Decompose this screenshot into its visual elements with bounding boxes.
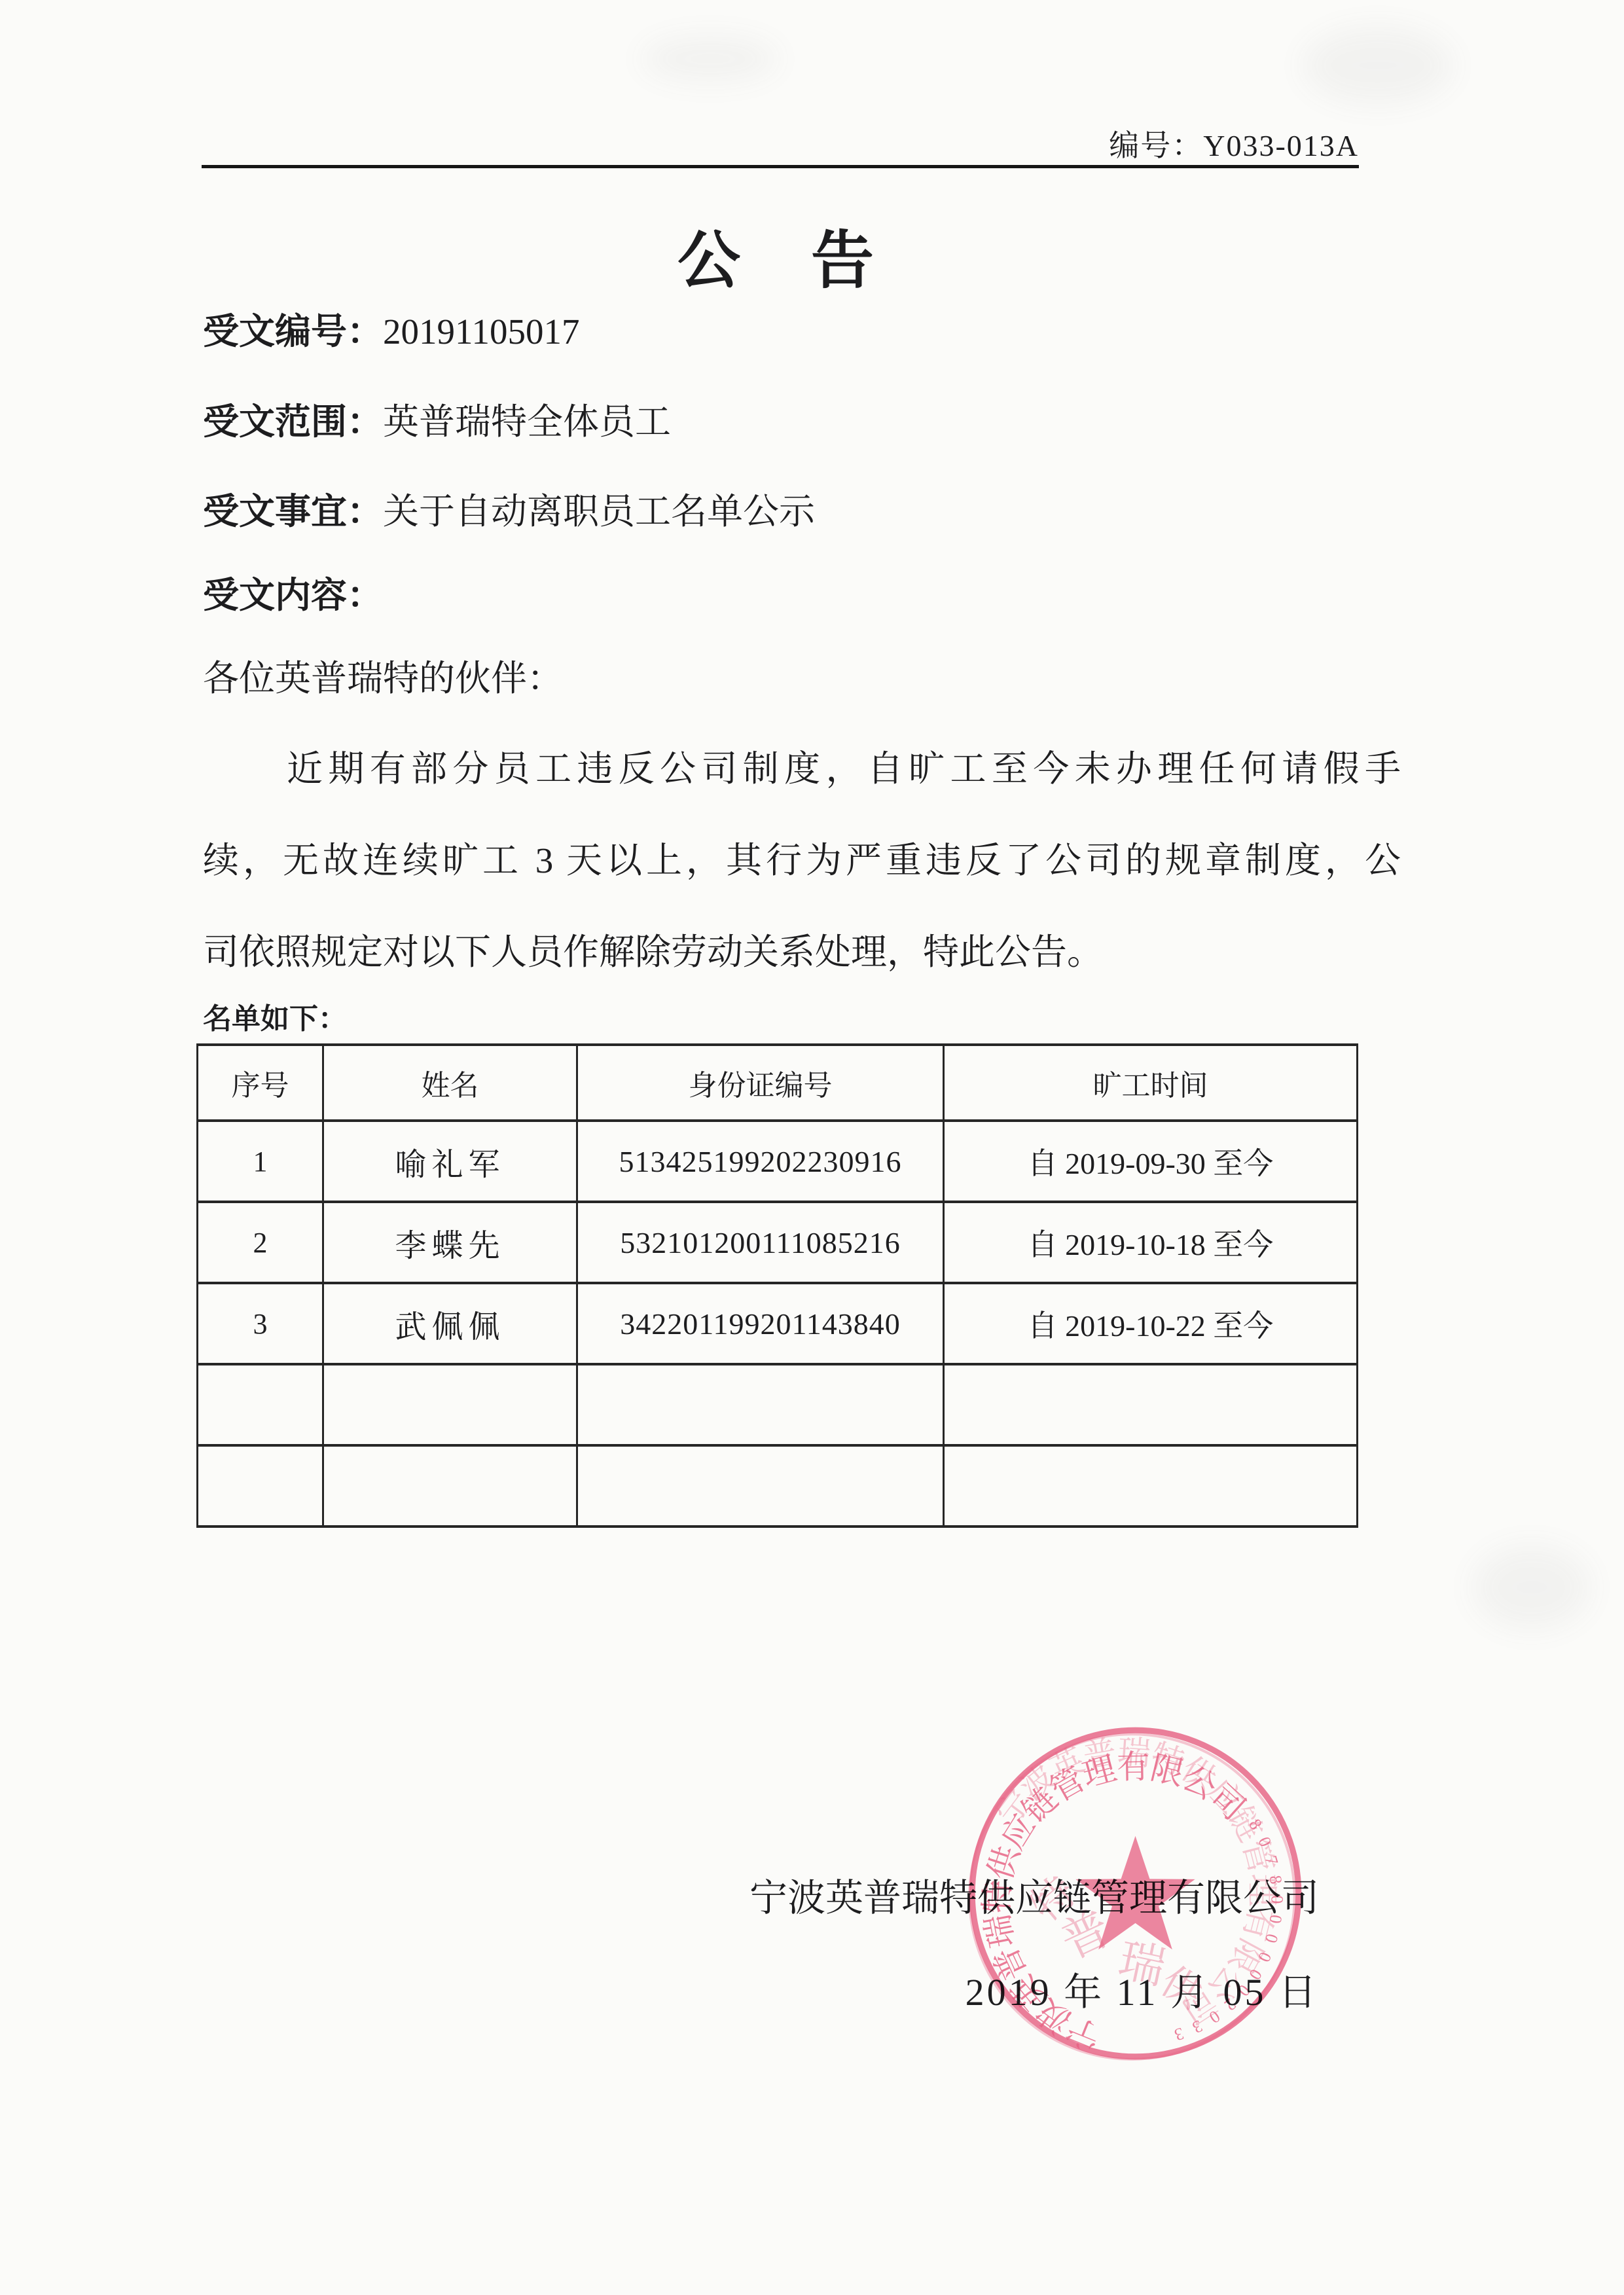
scanned-announcement-page: 编号：Y033-013A 公 告 受文编号：20191105017 受文范围：英… xyxy=(0,0,1624,2295)
table-cell: 2 xyxy=(198,1202,323,1283)
svg-text:瑞: 瑞 xyxy=(1116,1733,1151,1772)
svg-text:0: 0 xyxy=(1267,1895,1286,1904)
svg-text:瑞: 瑞 xyxy=(979,1911,1021,1951)
table-header-cell: 旷工时间 xyxy=(944,1045,1358,1121)
paragraph-line: 续，无故连续旷工 3 天以上，其行为严重违反了公司的规章制度，公 xyxy=(203,831,1401,883)
table-header-cell: 序号 xyxy=(198,1045,323,1121)
svg-text:3: 3 xyxy=(1172,2024,1186,2045)
list-intro: 名单如下： xyxy=(203,995,347,1037)
field-value: 20191105017 xyxy=(383,312,579,352)
table-cell: 532101200111085216 xyxy=(577,1202,944,1283)
table-header-cell: 姓名 xyxy=(323,1045,577,1121)
svg-text:8: 8 xyxy=(1266,1874,1286,1885)
table-cell-empty xyxy=(944,1364,1358,1445)
table-header-cell: 身份证编号 xyxy=(577,1045,944,1121)
field-value: 英普瑞特全体员工 xyxy=(383,402,671,442)
table-cell-empty xyxy=(577,1445,944,1527)
table-cell: 武佩佩 xyxy=(323,1283,577,1364)
table-cell-empty xyxy=(577,1364,944,1445)
table-row: 3武佩佩342201199201143840自 2019-10-22 至今 xyxy=(198,1283,1358,1364)
field-label: 受文编号： xyxy=(203,312,383,352)
table-cell: 3 xyxy=(198,1283,323,1364)
table-cell-empty xyxy=(198,1364,323,1445)
table-cell: 李蝶先 xyxy=(323,1202,577,1283)
greeting-line: 各位英普瑞特的伙伴： xyxy=(203,649,563,701)
table-header-row: 序号姓名身份证编号旷工时间 xyxy=(198,1045,1358,1121)
field-content: 受文内容： xyxy=(203,566,383,618)
scan-smudge xyxy=(1473,1545,1591,1630)
table-cell: 513425199202230916 xyxy=(577,1121,944,1202)
doc-code: 编号：Y033-013A xyxy=(196,122,1359,165)
company-seal: 宁波英普瑞特供应链管理有限公司 宁波英普瑞特供应链管理有限公司 普瑞特供 807… xyxy=(957,1715,1314,2072)
scan-smudge xyxy=(641,36,779,82)
paragraph-line: 司依照规定对以下人员作解除劳动关系处理，特此公告。 xyxy=(203,923,1401,975)
table-cell-empty xyxy=(944,1445,1358,1527)
header-divider-line xyxy=(202,165,1359,168)
field-subject: 受文事宜：关于自动离职员工名单公示 xyxy=(203,482,815,534)
field-doc-number: 受文编号：20191105017 xyxy=(203,302,579,354)
field-scope: 受文范围：英普瑞特全体员工 xyxy=(203,393,671,444)
paragraph-line: 近期有部分员工违反公司制度，自旷工至今未办理任何请假手 xyxy=(203,740,1401,791)
field-value: 关于自动离职员工名单公示 xyxy=(383,492,815,532)
table-cell-empty xyxy=(323,1364,577,1445)
table-row: 1喻礼军513425199202230916自 2019-09-30 至今 xyxy=(198,1121,1358,1202)
table-cell-empty xyxy=(323,1445,577,1527)
table-row: 2李蝶先532101200111085216自 2019-10-18 至今 xyxy=(198,1202,1358,1283)
roster-table: 序号姓名身份证编号旷工时间 1喻礼军513425199202230916自 20… xyxy=(196,1043,1358,1528)
table-cell: 自 2019-10-22 至今 xyxy=(944,1283,1358,1364)
table-cell: 自 2019-09-30 至今 xyxy=(944,1121,1358,1202)
field-label: 受文内容： xyxy=(203,575,383,615)
scan-smudge xyxy=(1303,26,1453,105)
svg-text:特: 特 xyxy=(979,1879,1017,1915)
field-label: 受文事宜： xyxy=(203,492,383,532)
table-cell-empty xyxy=(198,1445,323,1527)
table-cell: 342201199201143840 xyxy=(577,1283,944,1364)
table-row xyxy=(198,1364,1358,1445)
roster-table-body: 1喻礼军513425199202230916自 2019-09-30 至今2李蝶… xyxy=(198,1121,1358,1527)
table-cell: 喻礼军 xyxy=(323,1121,577,1202)
page-title: 公 告 xyxy=(196,211,1359,300)
svg-text:普: 普 xyxy=(1081,1733,1120,1775)
table-row xyxy=(198,1445,1358,1527)
table-cell: 1 xyxy=(198,1121,323,1202)
field-label: 受文范围： xyxy=(203,402,383,442)
table-cell: 自 2019-10-18 至今 xyxy=(944,1202,1358,1283)
